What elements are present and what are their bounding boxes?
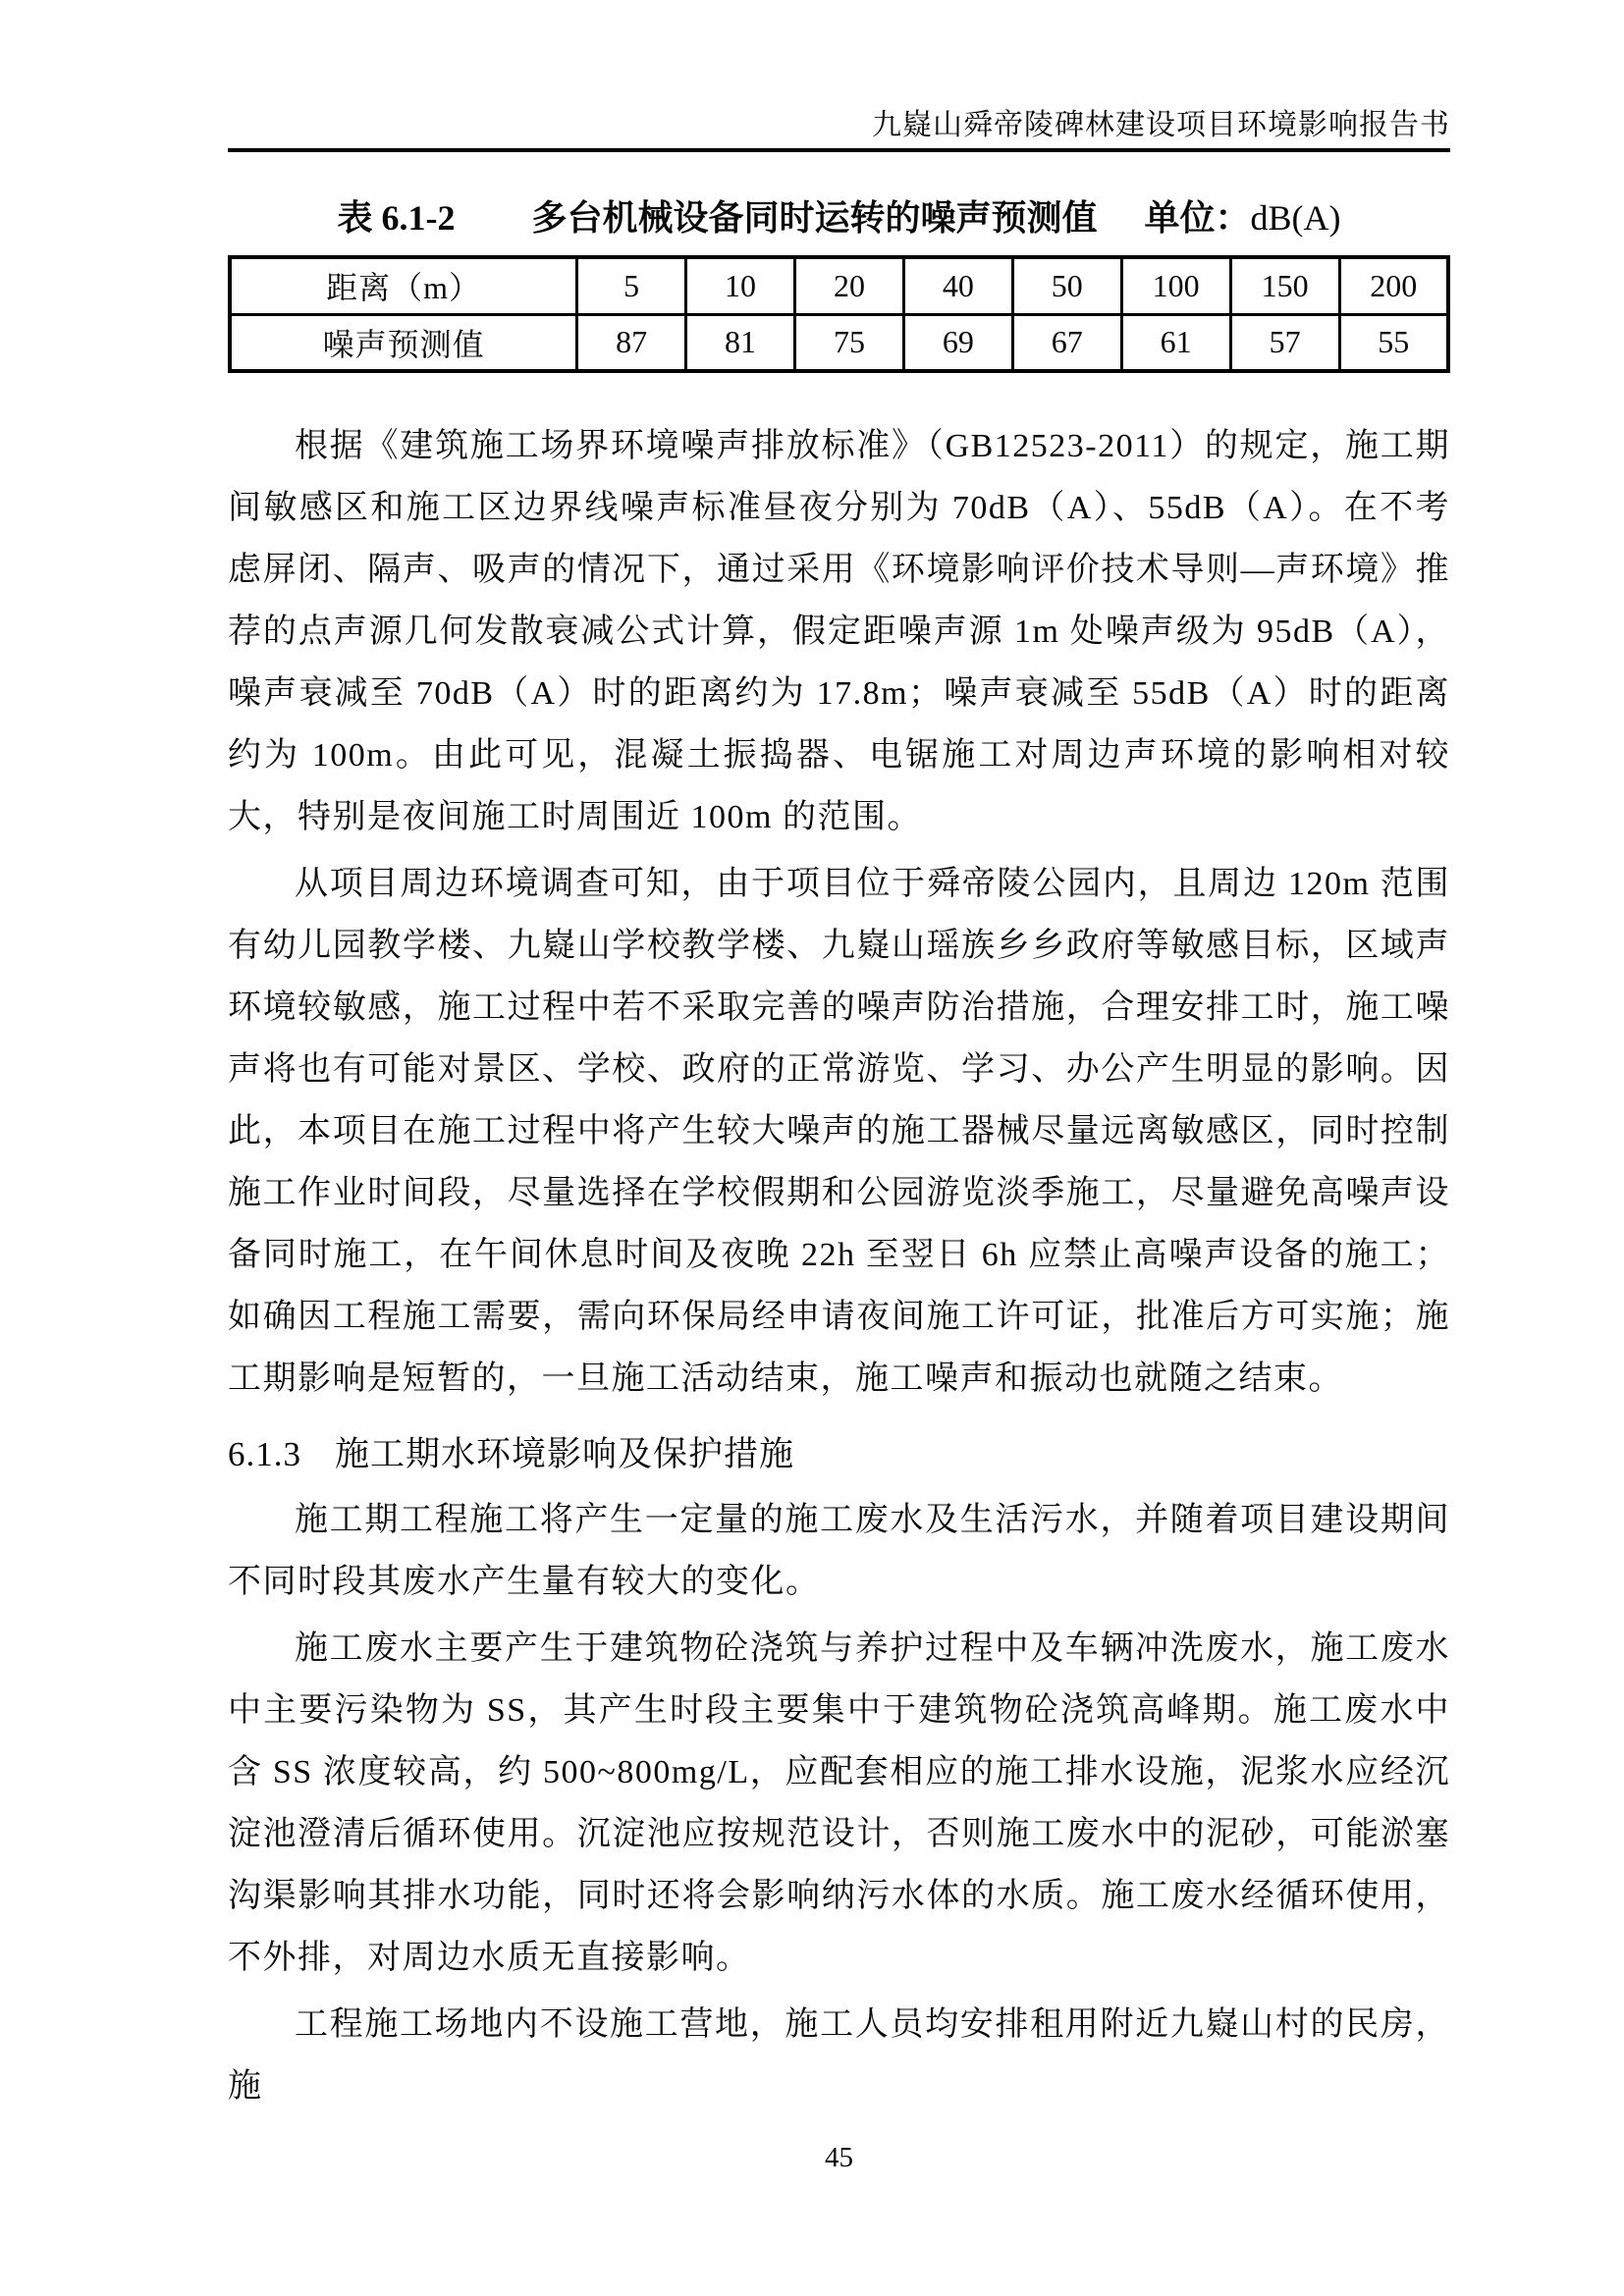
distance-value: 150 — [1230, 257, 1339, 314]
distance-value: 100 — [1121, 257, 1230, 314]
paragraph-construction-camp: 工程施工场地内不设施工营地，施工人员均安排租用附近九嶷山村的民房，施 — [228, 1994, 1450, 2117]
page-footer: 45 — [228, 2142, 1450, 2174]
header-title: 九嶷山舜帝陵碑林建设项目环境影响报告书 — [228, 108, 1450, 143]
paragraph-wastewater-intro: 施工期工程施工将产生一定量的施工废水及生活污水，并随着项目建设期间不同时段其废水… — [228, 1489, 1450, 1613]
table-caption-label: 表 6.1-2 — [337, 197, 455, 240]
distance-value: 40 — [903, 257, 1012, 314]
section-heading-6-1-3: 6.1.3施工期水环境影响及保护措施 — [228, 1423, 1450, 1485]
table-caption-unit-value: dB(A) — [1251, 198, 1341, 238]
page-number: 45 — [825, 2142, 853, 2173]
prediction-value: 87 — [577, 314, 686, 371]
prediction-value: 67 — [1012, 314, 1121, 371]
table-caption-title: 多台机械设备同时运转的噪声预测值 — [531, 197, 1097, 240]
noise-prediction-table: 距离（m） 5 10 20 40 50 100 150 200 噪声预测值 87… — [228, 255, 1450, 373]
section-title: 施工期水环境影响及保护措施 — [335, 1435, 794, 1473]
distance-value: 200 — [1339, 257, 1448, 314]
page-content: 九嶷山舜帝陵碑林建设项目环境影响报告书 表 6.1-2 多台机械设备同时运转的噪… — [228, 0, 1450, 2122]
prediction-value: 55 — [1339, 314, 1448, 371]
prediction-value: 69 — [903, 314, 1012, 371]
page-header: 九嶷山舜帝陵碑林建设项目环境影响报告书 — [228, 0, 1450, 152]
prediction-value: 57 — [1230, 314, 1339, 371]
prediction-value: 81 — [686, 314, 795, 371]
document-page: 九嶷山舜帝陵碑林建设项目环境影响报告书 表 6.1-2 多台机械设备同时运转的噪… — [0, 0, 1624, 2296]
prediction-row-label: 噪声预测值 — [230, 314, 577, 371]
table-caption-unit-label: 单位： — [1145, 198, 1251, 238]
body-text: 根据《建筑施工场界环境噪声排放标准》（GB12523-2011）的规定，施工期间… — [228, 415, 1450, 2117]
table-caption-unit: 单位：dB(A) — [1145, 197, 1341, 240]
paragraph-noise-standard: 根据《建筑施工场界环境噪声排放标准》（GB12523-2011）的规定，施工期间… — [228, 415, 1450, 848]
distance-row-label: 距离（m） — [230, 257, 577, 314]
distance-value: 10 — [686, 257, 795, 314]
paragraph-wastewater-detail: 施工废水主要产生于建筑物砼浇筑与养护过程中及车辆冲洗废水，施工废水中主要污染物为… — [228, 1618, 1450, 1989]
prediction-value: 61 — [1121, 314, 1230, 371]
distance-value: 20 — [794, 257, 903, 314]
table-row-prediction: 噪声预测值 87 81 75 69 67 61 57 55 — [230, 314, 1448, 371]
distance-value: 5 — [577, 257, 686, 314]
section-number: 6.1.3 — [228, 1435, 301, 1473]
distance-value: 50 — [1012, 257, 1121, 314]
prediction-value: 75 — [794, 314, 903, 371]
paragraph-noise-measures: 从项目周边环境调查可知，由于项目位于舜帝陵公园内，且周边 120m 范围有幼儿园… — [228, 853, 1450, 1410]
table-row-distance: 距离（m） 5 10 20 40 50 100 150 200 — [230, 257, 1448, 314]
table-caption: 表 6.1-2 多台机械设备同时运转的噪声预测值 单位：dB(A) — [228, 197, 1450, 240]
